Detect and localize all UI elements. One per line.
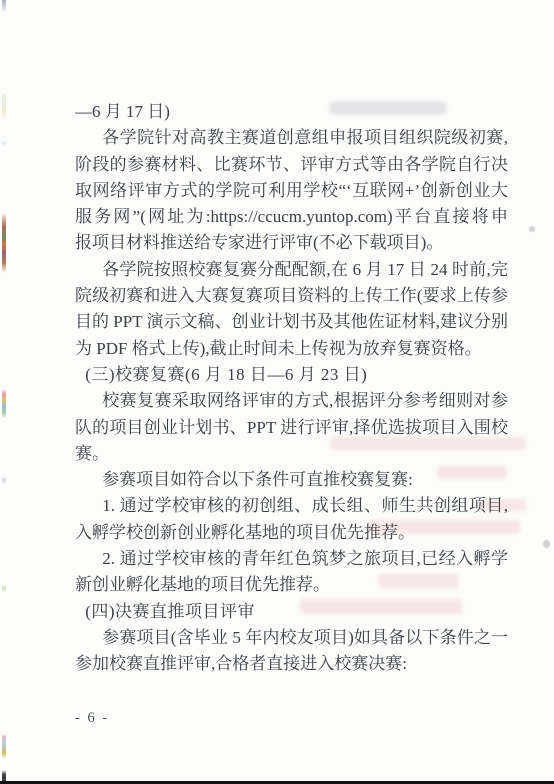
document-text-block: —6 月 17 日) 各学院针对高教主赛道创意组申报项目组织院级初赛,初赛 阶段… <box>75 99 508 678</box>
text-line: 报项目材料推送给专家进行评审(不必下载项目)。 <box>75 230 508 256</box>
text-line: 赛。 <box>75 441 508 467</box>
text-line: 参赛项目如符合以下条件可直推校赛复赛: <box>75 467 508 493</box>
text-line: 服务网”(网址为:https://ccucm.yuntop.com)平台直接将申 <box>75 204 508 230</box>
text-line: 入孵学校创新创业孵化基地的项目优先推荐。 <box>75 520 508 546</box>
text-line: 为 PDF 格式上传),截止时间未上传视为放弃复赛资格。 <box>75 336 508 362</box>
scan-edge-noise-strip <box>2 0 6 784</box>
text-line: 参加校赛直推评审,合格者直接进入校赛决赛: <box>75 651 508 677</box>
scan-speck <box>543 540 550 548</box>
text-line: 取网络评审方式的学院可利用学校“‘互联网+’创新创业大赛 <box>75 178 508 204</box>
section-heading-3: (三)校赛复赛(6 月 18 日—6 月 23 日) <box>75 362 508 388</box>
list-item-2-line: 2. 通过学校审核的青年红色筑梦之旅项目,已经入孵学校创 <box>75 546 508 572</box>
section-heading-4: (四)决赛直推项目评审 <box>75 599 508 625</box>
text-line: —6 月 17 日) <box>75 99 508 125</box>
text-line: 校赛复赛采取网络评审的方式,根据评分参考细则对参赛团 <box>75 388 508 414</box>
scanned-document-page: —6 月 17 日) 各学院针对高教主赛道创意组申报项目组织院级初赛,初赛 阶段… <box>0 0 554 784</box>
list-item-1-line: 1. 通过学校审核的初创组、成长组、师生共创组项目,已经 <box>75 493 508 519</box>
text-line: 阶段的参赛材料、比赛环节、评审方式等由各学院自行决定,采 <box>75 152 508 178</box>
text-line: 队的项目创业计划书、PPT 进行评审,择优选拔项目入围校赛决 <box>75 415 508 441</box>
text-line: 院级初赛和进入大赛复赛项目资料的上传工作(要求上传参赛项 <box>75 283 508 309</box>
scan-speck <box>529 226 535 232</box>
text-line: 各学院按照校赛复赛分配配额,在 6 月 17 日 24 时前,完成 <box>75 257 508 283</box>
page-number: - 6 - <box>75 710 109 727</box>
text-line: 新创业孵化基地的项目优先推荐。 <box>75 572 508 598</box>
text-line: 各学院针对高教主赛道创意组申报项目组织院级初赛,初赛 <box>75 125 508 151</box>
text-line: 参赛项目(含毕业 5 年内校友项目)如具备以下条件之一可 <box>75 625 508 651</box>
text-line: 目的 PPT 演示文稿、创业计划书及其他佐证材料,建议分别转换 <box>75 309 508 335</box>
